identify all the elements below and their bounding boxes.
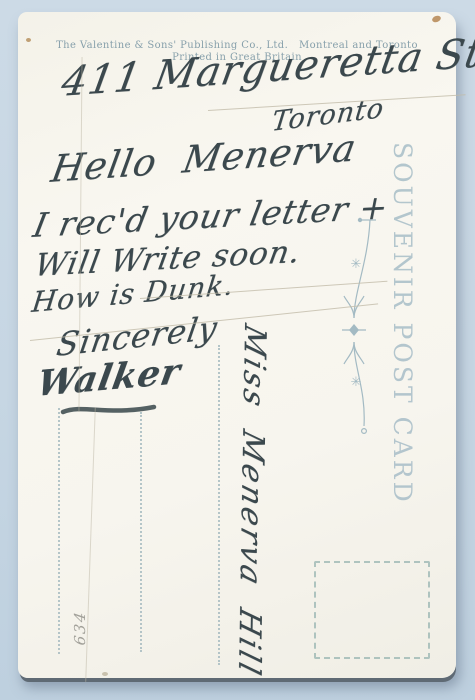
corner-wear-mark (102, 672, 108, 676)
svg-text:✳: ✳ (351, 375, 362, 390)
svg-text:✳: ✳ (351, 257, 362, 272)
postcard-photo: { "postcard": { "imprint": { "line1": "T… (0, 0, 475, 700)
handwritten-recipient-name: Miss Menerva Hill (222, 318, 272, 691)
corner-wear-mark (26, 38, 31, 42)
souvenir-post-card-caption: SOUVENIR POST CARD (385, 142, 417, 496)
message-line: I rec'd your letter + (30, 187, 392, 245)
address-guide-line (140, 412, 142, 652)
ornamental-divider-icon: ✳ ✳ (340, 200, 380, 448)
signature-underline-flourish-icon (60, 402, 160, 418)
message-line: Hello Menerva (48, 126, 360, 191)
stamp-box (314, 561, 430, 659)
address-guide-line (218, 345, 220, 665)
corner-wear-mark (431, 15, 442, 24)
address-guide-line (58, 408, 60, 654)
postcard-back: The Valentine & Sons' Publishing Co., Lt… (18, 12, 456, 678)
